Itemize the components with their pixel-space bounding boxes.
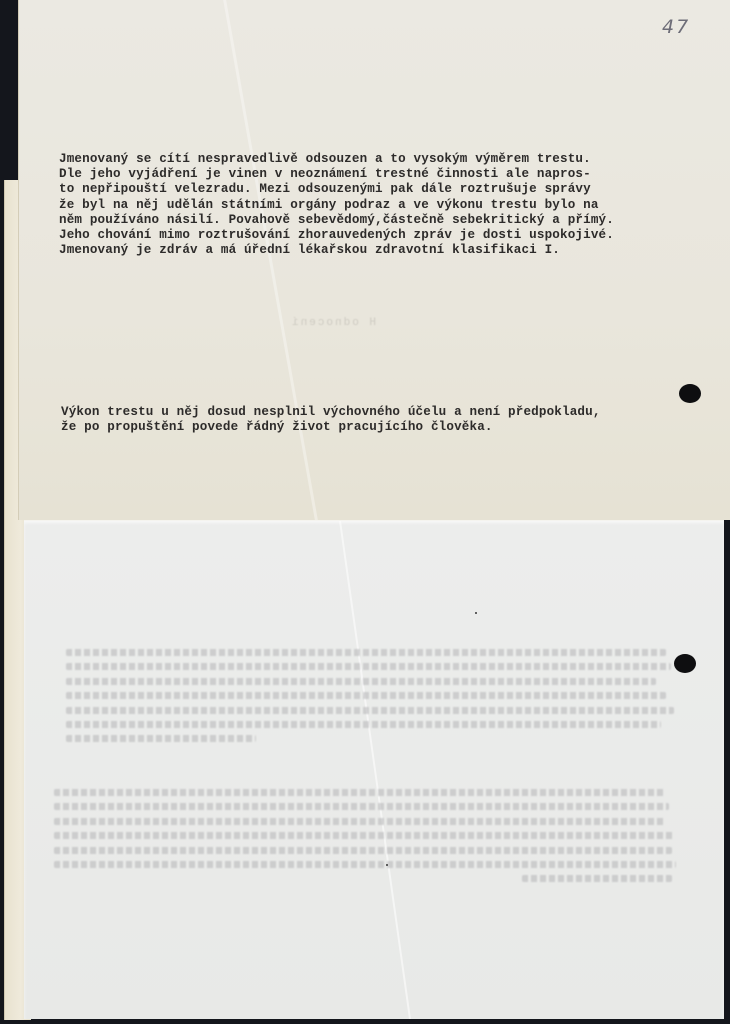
text-line: Výkon trestu u něj dosud nesplnil výchov… (61, 405, 601, 420)
text-line: to nepřipouští velezradu. Mezi odsouzený… (59, 182, 614, 197)
conclusion-paragraph: Výkon trestu u něj dosud nesplnil výchov… (61, 405, 601, 435)
punch-hole (679, 384, 701, 403)
assessment-paragraph: Jmenovaný se cítí nespravedlivě odsouzen… (59, 152, 614, 258)
text-line: Jmenovaný se cítí nespravedlivě odsouzen… (59, 152, 614, 167)
scanned-document: 47 Jmenovaný se cítí nespravedlivě odsou… (0, 0, 730, 1024)
show-through-text-block-1 (66, 649, 686, 750)
text-line: Jeho chování mimo roztrušování zhorauved… (59, 228, 614, 243)
text-line: Dle jeho vyjádření je vinen v neoznámení… (59, 167, 614, 182)
show-through-heading: H odnocení (290, 317, 376, 329)
punch-hole (674, 654, 696, 673)
text-line: že byl na něj udělán státními orgány pod… (59, 198, 614, 213)
handwritten-page-number: 47 (662, 16, 690, 38)
text-line: Jmenovaný je zdráv a má úřední lékařskou… (59, 243, 614, 258)
show-through-text-block-2 (54, 789, 684, 890)
ink-speck (475, 612, 477, 614)
text-line: že po propuštění povede řádný život prac… (61, 420, 601, 435)
text-line: něm používáno násilí. Povahově sebevědom… (59, 213, 614, 228)
ink-speck (386, 864, 388, 866)
bottom-sheet (24, 520, 724, 1019)
top-sheet (18, 0, 730, 520)
